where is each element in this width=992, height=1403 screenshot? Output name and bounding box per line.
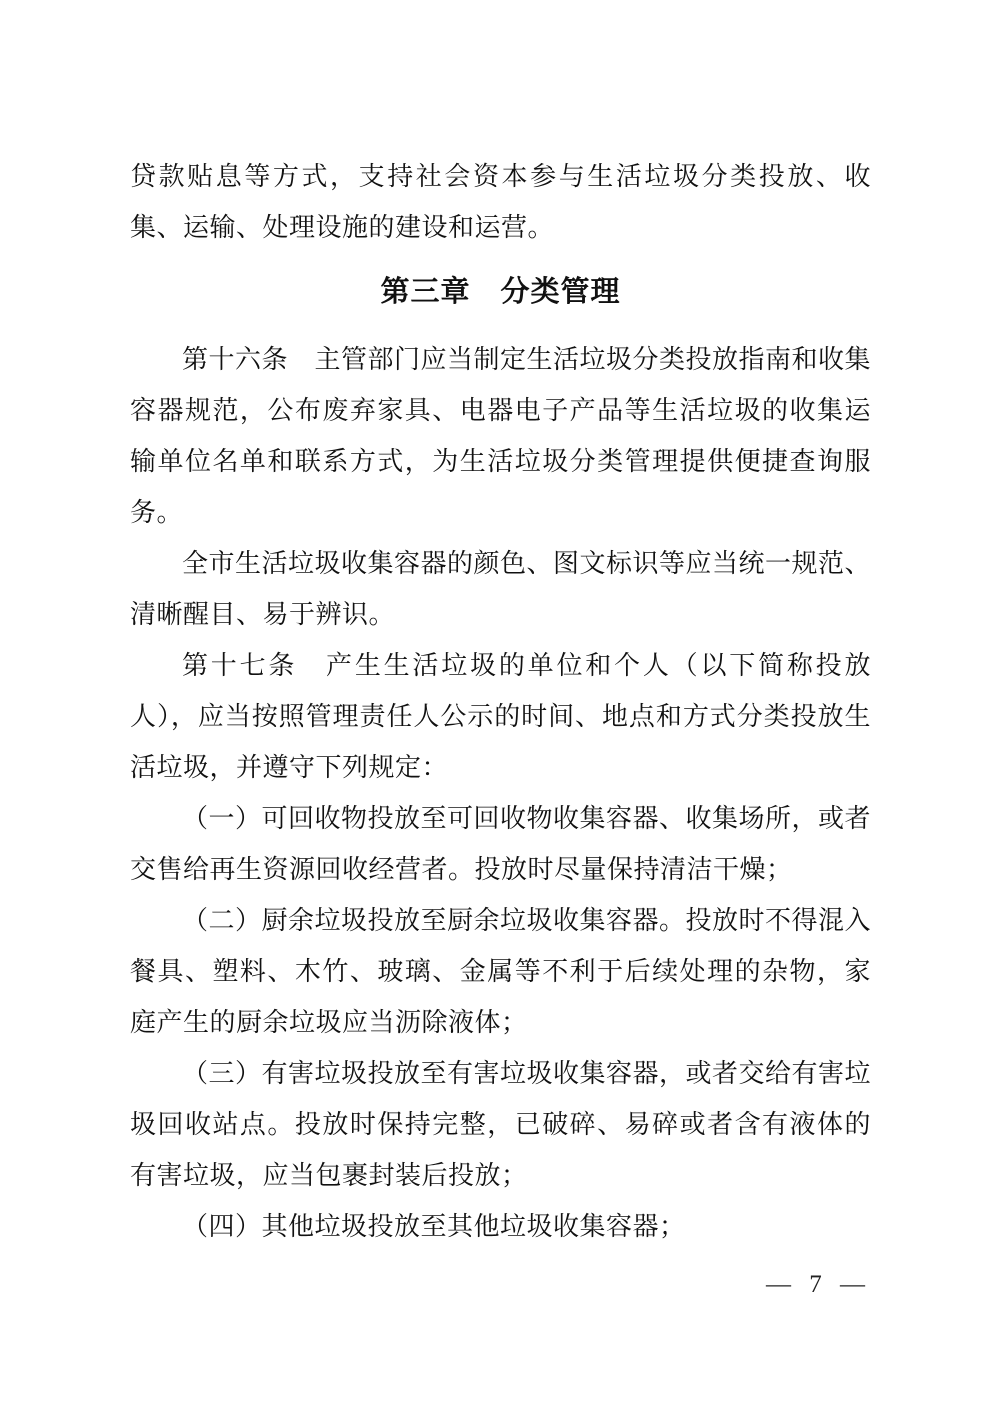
paragraph-article-16: 第十六条 主管部门应当制定生活垃圾分类投放指南和收集容器规范，公布废弃家具、电器… <box>130 334 871 538</box>
paragraph-article-16-cont: 全市生活垃圾收集容器的颜色、图文标识等应当统一规范、清晰醒目、易于辨识。 <box>130 538 871 640</box>
document-body: 贷款贴息等方式，支持社会资本参与生活垃圾分类投放、收集、运输、处理设施的建设和运… <box>130 151 871 1252</box>
paragraph-item-2: （二）厨余垃圾投放至厨余垃圾收集容器。投放时不得混入餐具、塑料、木竹、玻璃、金属… <box>130 895 871 1048</box>
paragraph-continued: 贷款贴息等方式，支持社会资本参与生活垃圾分类投放、收集、运输、处理设施的建设和运… <box>130 151 871 253</box>
paragraph-item-4: （四）其他垃圾投放至其他垃圾收集容器； <box>130 1201 871 1252</box>
document-page: 贷款贴息等方式，支持社会资本参与生活垃圾分类投放、收集、运输、处理设施的建设和运… <box>0 0 992 1403</box>
page-number: — 7 — <box>766 1270 866 1300</box>
paragraph-item-1: （一）可回收物投放至可回收物收集容器、收集场所，或者交售给再生资源回收经营者。投… <box>130 793 871 895</box>
paragraph-item-3: （三）有害垃圾投放至有害垃圾收集容器，或者交给有害垃圾回收站点。投放时保持完整，… <box>130 1048 871 1201</box>
chapter-heading: 第三章 分类管理 <box>130 267 871 318</box>
paragraph-article-17: 第十七条 产生生活垃圾的单位和个人（以下简称投放人），应当按照管理责任人公示的时… <box>130 640 871 793</box>
